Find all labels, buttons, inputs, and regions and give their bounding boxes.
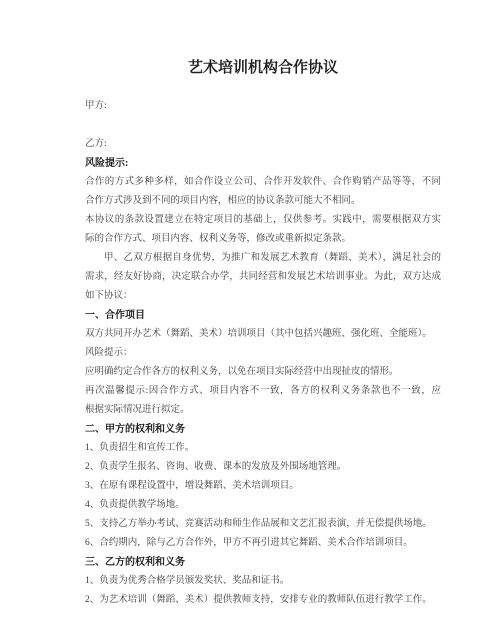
doc-line: 2、为艺术培训（舞蹈、美术）提供教师支持，安排专业的教师队伍进行教学工作。	[85, 591, 441, 610]
doc-line: 4、负责提供教学场地。	[85, 496, 441, 515]
doc-line: 如下协议：	[85, 287, 441, 306]
doc-line: 应明确约定合作各方的权利义务，以免在项目实际经营中出现扯皮的情形。	[85, 363, 441, 382]
doc-line: 再次温馨提示:因合作方式、项目内容不一致，各方的权利义务条款也不一致，应	[85, 382, 441, 401]
doc-line: 根据实际情况进行拟定。	[85, 401, 441, 420]
doc-line: 际的合作方式、项目内容、权利义务等，修改或重新拟定条款。	[85, 230, 441, 249]
party-label: 甲方:	[85, 97, 441, 116]
doc-line: 风险提示：	[85, 344, 441, 363]
section-heading: 风险提示:	[85, 154, 441, 173]
document-page: 艺术培训机构合作协议 甲方:乙方:风险提示:合作的方式多种多样，如合作设立公司、…	[0, 0, 500, 643]
section-heading: 三、乙方的权利和义务	[85, 553, 441, 572]
doc-line: 2、负责学生报名、咨询、收费、课本的发放及外围场地管理。	[85, 458, 441, 477]
section-heading: 二、甲方的权利和义务	[85, 420, 441, 439]
document-title: 艺术培训机构合作协议	[85, 59, 441, 78]
doc-line: 合作的方式多种多样，如合作设立公司、合作开发软件、合作购销产品等等，不同	[85, 173, 441, 192]
doc-line: 双方共同开办艺术（舞蹈、美术）培训项目（其中包括兴趣班、强化班、全能班）。	[85, 325, 441, 344]
doc-line: 1、负责招生和宣传工作。	[85, 439, 441, 458]
doc-line: 甲、乙双方根据自身优势，为推广和发展艺术教育（舞蹈、美术），满足社会的	[85, 249, 441, 268]
doc-line: 1、负责为优秀合格学员颁发奖状、奖品和证书。	[85, 572, 441, 591]
section-heading: 一、合作项目	[85, 306, 441, 325]
doc-line: 本协议的条款设置建立在特定项目的基础上，仅供参考。实践中，需要根据双方实	[85, 211, 441, 230]
doc-line: 6、合约期内，除与乙方合作外，甲方不再引进其它舞蹈、美术合作培训项目。	[85, 534, 441, 553]
doc-line: 3、在原有课程设置中，增设舞蹈、美术培训项目。	[85, 477, 441, 496]
document-body: 甲方:乙方:风险提示:合作的方式多种多样，如合作设立公司、合作开发软件、合作购销…	[85, 97, 441, 610]
doc-line: 合作方式涉及到不同的项目内容，相应的协议条款可能大不相同。	[85, 192, 441, 211]
blank-line	[85, 116, 441, 135]
doc-line: 5、支持乙方举办考试、竞赛活动和师生作品展和文艺汇报表演，并无偿提供场地。	[85, 515, 441, 534]
party-label: 乙方:	[85, 135, 441, 154]
doc-line: 需求，经友好协商，决定联合办学，共同经营和发展艺术培训事业。为此，双方达成	[85, 268, 441, 287]
